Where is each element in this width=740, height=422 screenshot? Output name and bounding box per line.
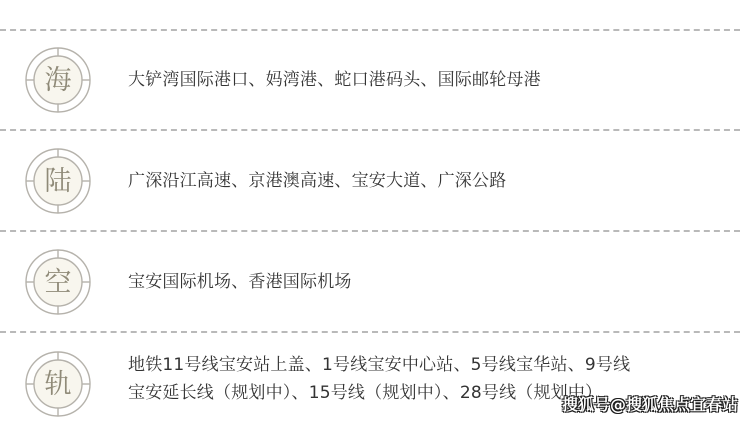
row-sea: 海 大铲湾国际港口、妈湾港、蛇口港码头、国际邮轮母港 bbox=[0, 31, 740, 129]
land-icon: 陆 bbox=[24, 147, 92, 215]
watermark: 搜狐号@搜狐焦点宜春站 bbox=[562, 392, 738, 415]
emblem-land: 陆 bbox=[24, 147, 92, 215]
row-air: 空 宝安国际机场、香港国际机场 bbox=[0, 232, 740, 330]
sea-description: 大铲湾国际港口、妈湾港、蛇口港码头、国际邮轮母港 bbox=[128, 66, 720, 94]
row-land: 陆 广深沿江高速、京港澳高速、宝安大道、广深公路 bbox=[0, 131, 740, 229]
air-description: 宝安国际机场、香港国际机场 bbox=[128, 268, 720, 296]
rail-description-line1: 地铁11号线宝安站上盖、1号线宝安中心站、5号线宝华站、9号线 bbox=[128, 351, 720, 379]
sea-icon: 海 bbox=[24, 46, 92, 114]
rail-icon: 轨 bbox=[24, 350, 92, 418]
emblem-rail: 轨 bbox=[24, 350, 92, 418]
emblem-air: 空 bbox=[24, 248, 92, 316]
land-description: 广深沿江高速、京港澳高速、宝安大道、广深公路 bbox=[128, 167, 720, 195]
air-icon: 空 bbox=[24, 248, 92, 316]
emblem-sea: 海 bbox=[24, 46, 92, 114]
